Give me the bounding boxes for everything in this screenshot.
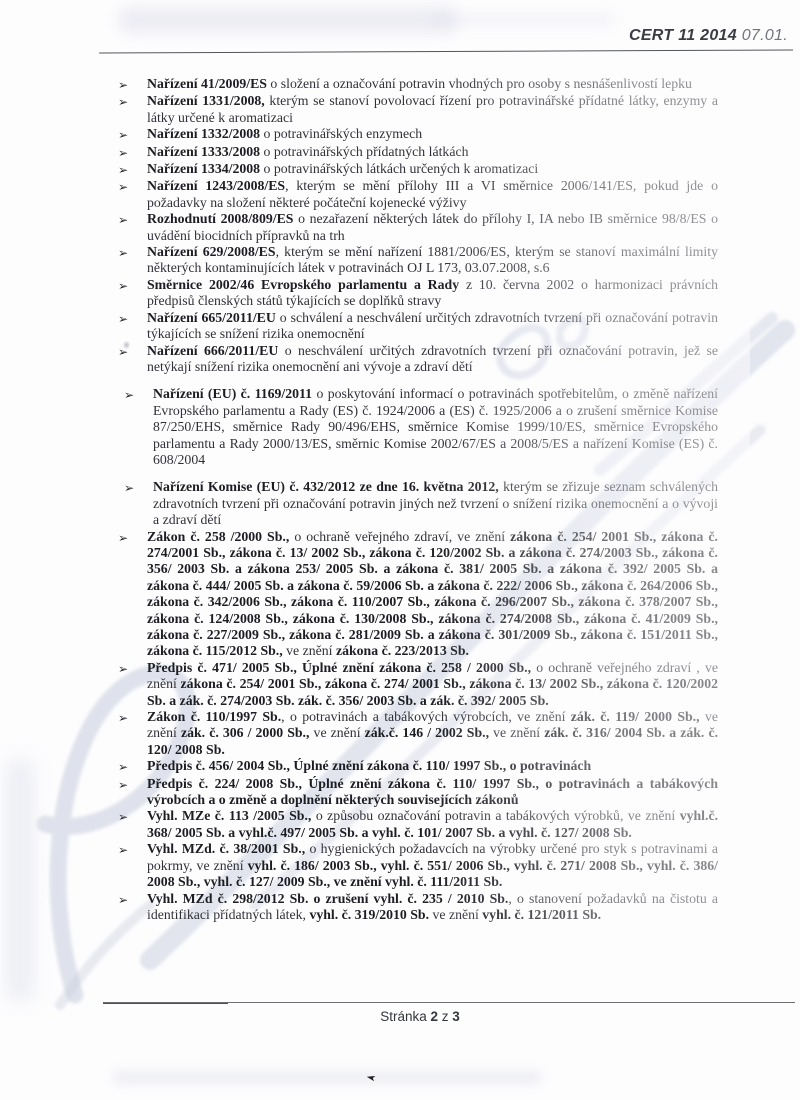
text-segment: 3: [452, 1009, 460, 1024]
text-segment: Nařízení 1243/2008/ES: [147, 178, 285, 193]
text-segment: Předpis č. 456/ 2004 Sb., Úplné znění zá…: [147, 758, 591, 773]
text-segment: o potravinářských látkách určených k aro…: [260, 161, 538, 176]
text-segment: Stránka: [380, 1009, 430, 1024]
list-item: ➢Nařízení 1332/2008 o potravinářských en…: [118, 126, 718, 143]
text-segment: Zákon č. 110/1997 Sb.: [147, 709, 281, 724]
arrow-bullet-icon: ➢: [124, 386, 153, 468]
text-segment: zákona č. 254/ 2001 Sb., zákona č. 274/2…: [147, 529, 718, 659]
item-text: Vyhl. MZe č. 113 /2005 Sb., o způsobu oz…: [147, 808, 718, 841]
text-segment: z: [438, 1009, 452, 1024]
regulation-list: ➢Nařízení 41/2009/ES o složení a označov…: [118, 76, 718, 923]
text-segment: ve znění: [429, 907, 482, 922]
text-segment: o ochraně veřejného zdraví, ve znění: [289, 529, 510, 544]
text-segment: vyhl. č. 319/2010 Sb.: [309, 907, 429, 922]
text-segment: Předpis č. 471/ 2005 Sb., Úplné znění zá…: [147, 660, 531, 675]
item-text: Vyhl. MZd č. 298/2012 Sb. o zrušení vyhl…: [147, 891, 718, 924]
item-text: Nařízení 41/2009/ES o složení a označová…: [147, 76, 718, 93]
item-text: Předpis č. 471/ 2005 Sb., Úplné znění zá…: [147, 660, 718, 709]
list-item: ➢Rozhodnutí 2008/809/ES o nezařazení něk…: [118, 211, 718, 244]
item-text: Nařízení 1332/2008 o potravinářských enz…: [147, 126, 718, 143]
list-item: ➢Nařízení 41/2009/ES o složení a označov…: [118, 76, 718, 93]
item-text: Nařízení (EU) č. 1169/2011 o poskytování…: [153, 386, 718, 468]
document-code: CERT 11 2014 07.01.: [629, 27, 788, 45]
text-segment: Nařízení 1333/2008: [147, 144, 260, 159]
arrow-bullet-icon: ➢: [118, 529, 147, 660]
list-item: ➢Směrnice 2002/46 Evropského parlamentu …: [118, 277, 718, 310]
item-text: Nařízení 1334/2008 o potravinářských lát…: [147, 161, 718, 178]
scan-smudge-left: [6, 760, 34, 1000]
text-segment: Nařízení 665/2011/EU: [147, 310, 276, 325]
pen-mark-icon: ➤: [365, 1072, 377, 1084]
list-item: ➢Vyhl. MZd. č. 38/2001 Sb., o hygienický…: [118, 841, 718, 890]
header-rule: [99, 49, 793, 53]
text-segment: Nařízení 1331/2008,: [147, 93, 265, 108]
list-item: ➢Nařízení 1334/2008 o potravinářských lá…: [118, 161, 718, 178]
arrow-bullet-icon: ➢: [118, 93, 147, 126]
text-segment: Předpis č. 224/ 2008 Sb., Úplné znění zá…: [147, 776, 718, 807]
text-segment: Nařízení (EU) č. 1169/2011: [153, 386, 312, 401]
scan-blur-bottom: [112, 1070, 542, 1085]
text-segment: o způsobu označování potravin a tabákový…: [311, 808, 679, 823]
text-segment: Nařízení 1332/2008: [147, 126, 260, 141]
scan-blur-top-right: [430, 12, 615, 27]
text-segment: zák.č. 146 / 2002 Sb.,: [365, 725, 489, 740]
arrow-bullet-icon: ➢: [118, 161, 147, 178]
list-item: ➢Vyhl. MZe č. 113 /2005 Sb., o způsobu o…: [118, 808, 718, 841]
text-segment: zákona č. 223/2013 Sb.: [336, 643, 469, 658]
list-item: ➢Předpis č. 456/ 2004 Sb., Úplné znění z…: [118, 758, 718, 775]
text-segment: Nařízení 666/2011/EU: [147, 343, 278, 358]
arrow-bullet-icon: ➢: [118, 660, 147, 709]
list-item: ➢Nařízení 665/2011/EU o schválení a nesc…: [118, 310, 718, 343]
list-item: ➢Vyhl. MZd č. 298/2012 Sb. o zrušení vyh…: [118, 891, 718, 924]
text-segment: vyhl. č. 121/2011 Sb.: [482, 907, 601, 922]
item-text: Zákon č. 110/1997 Sb., o potravinách a t…: [147, 709, 718, 758]
text-segment: Nařízení 1334/2008: [147, 161, 260, 176]
text-segment: o potravinářských enzymech: [260, 126, 422, 141]
text-segment: 2: [430, 1009, 438, 1024]
arrow-bullet-icon: ➢: [118, 76, 147, 93]
list-item: ➢Nařízení Komise (EU) č. 432/2012 ze dne…: [118, 479, 718, 528]
text-segment: ve znění: [489, 725, 544, 740]
arrow-bullet-icon: ➢: [118, 343, 147, 376]
arrow-bullet-icon: ➢: [118, 841, 147, 890]
arrow-bullet-icon: ➢: [118, 144, 147, 161]
text-segment: Rozhodnutí 2008/809/ES: [147, 211, 293, 226]
list-item: ➢Nařízení 1243/2008/ES, kterým se mění p…: [118, 178, 718, 211]
list-item: ➢Nařízení 1331/2008, kterým se stanoví p…: [118, 93, 718, 126]
text-segment: Vyhl. MZe č. 113 /2005 Sb.,: [147, 808, 311, 823]
arrow-bullet-icon: ➢: [118, 808, 147, 841]
list-item: ➢Nařízení (EU) č. 1169/2011 o poskytován…: [118, 386, 718, 468]
item-text: Nařízení 1331/2008, kterým se stanoví po…: [147, 93, 718, 126]
item-text: Nařízení 665/2011/EU o schválení a nesch…: [147, 310, 718, 343]
arrow-bullet-icon: ➢: [124, 479, 153, 528]
footer-rule-left: [103, 1003, 228, 1004]
list-item: ➢Předpis č. 224/ 2008 Sb., Úplné znění z…: [118, 776, 718, 809]
text-segment: Vyhl. MZd. č. 38/2001 Sb.,: [147, 841, 305, 856]
arrow-bullet-icon: ➢: [118, 244, 147, 277]
text-segment: Nařízení 629/2008/ES: [147, 244, 276, 259]
arrow-bullet-icon: ➢: [118, 891, 147, 924]
list-item: ➢Předpis č. 471/ 2005 Sb., Úplné znění z…: [118, 660, 718, 709]
text-segment: CERT 11 2014: [629, 27, 742, 44]
text-segment: zák. č. 119/ 2000 Sb.,: [571, 709, 700, 724]
item-text: Zákon č. 258 /2000 Sb., o ochraně veřejn…: [147, 529, 718, 660]
text-segment: Vyhl. MZd č. 298/2012 Sb. o zrušení vyhl…: [147, 891, 508, 906]
arrow-bullet-icon: ➢: [118, 776, 147, 809]
text-segment: Nařízení 41/2009/ES: [147, 76, 267, 91]
item-text: Nařízení Komise (EU) č. 432/2012 ze dne …: [153, 479, 718, 528]
scan-blur-top: [118, 7, 458, 33]
arrow-bullet-icon: ➢: [118, 310, 147, 343]
list-item: ➢Nařízení 666/2011/EU o neschválení urči…: [118, 343, 718, 376]
text-segment: o potravinářských přídatných látkách: [260, 144, 468, 159]
arrow-bullet-icon: ➢: [118, 277, 147, 310]
arrow-bullet-icon: ➢: [118, 178, 147, 211]
list-item: ➢Zákon č. 110/1997 Sb., o potravinách a …: [118, 709, 718, 758]
text-segment: Zákon č. 258 /2000 Sb.,: [147, 529, 289, 544]
text-segment: ve znění: [283, 643, 336, 658]
text-segment: Nařízení Komise (EU) č. 432/2012 ze dne …: [153, 479, 499, 494]
list-item: ➢Nařízení 629/2008/ES, kterým se mění na…: [118, 244, 718, 277]
text-segment: , o potravinách a tabákových výrobcích, …: [281, 709, 571, 724]
text-segment: 07.01.: [742, 27, 788, 44]
item-text: Předpis č. 224/ 2008 Sb., Úplné znění zá…: [147, 776, 718, 809]
item-text: Nařízení 666/2011/EU o neschválení určit…: [147, 343, 718, 376]
item-text: Předpis č. 456/ 2004 Sb., Úplné znění zá…: [147, 758, 718, 775]
arrow-bullet-icon: ➢: [118, 126, 147, 143]
text-segment: o složení a označování potravin vhodných…: [267, 76, 692, 91]
arrow-bullet-icon: ➢: [118, 211, 147, 244]
item-text: Vyhl. MZd. č. 38/2001 Sb., o hygienickýc…: [147, 841, 718, 890]
page-number: Stránka 2 z 3: [0, 1009, 800, 1024]
list-item: ➢Zákon č. 258 /2000 Sb., o ochraně veřej…: [118, 529, 718, 660]
text-segment: zákona č. 254/ 2001 Sb., zákona č. 274/ …: [147, 676, 718, 707]
item-text: Směrnice 2002/46 Evropského parlamentu a…: [147, 277, 718, 310]
text-segment: ve znění: [309, 725, 364, 740]
text-segment: zák. č. 306 / 2000 Sb.,: [181, 725, 310, 740]
item-text: Nařízení 629/2008/ES, kterým se mění nař…: [147, 244, 718, 277]
arrow-bullet-icon: ➢: [118, 758, 147, 775]
item-text: Nařízení 1333/2008 o potravinářských pří…: [147, 144, 718, 161]
arrow-bullet-icon: ➢: [118, 709, 147, 758]
scanned-document-page: { "header": { "segments": [ {"b": true, …: [0, 0, 800, 1100]
list-item: ➢Nařízení 1333/2008 o potravinářských př…: [118, 144, 718, 161]
item-text: Rozhodnutí 2008/809/ES o nezařazení někt…: [147, 211, 718, 244]
text-segment: Směrnice 2002/46 Evropského parlamentu a…: [147, 277, 459, 292]
item-text: Nařízení 1243/2008/ES, kterým se mění př…: [147, 178, 718, 211]
